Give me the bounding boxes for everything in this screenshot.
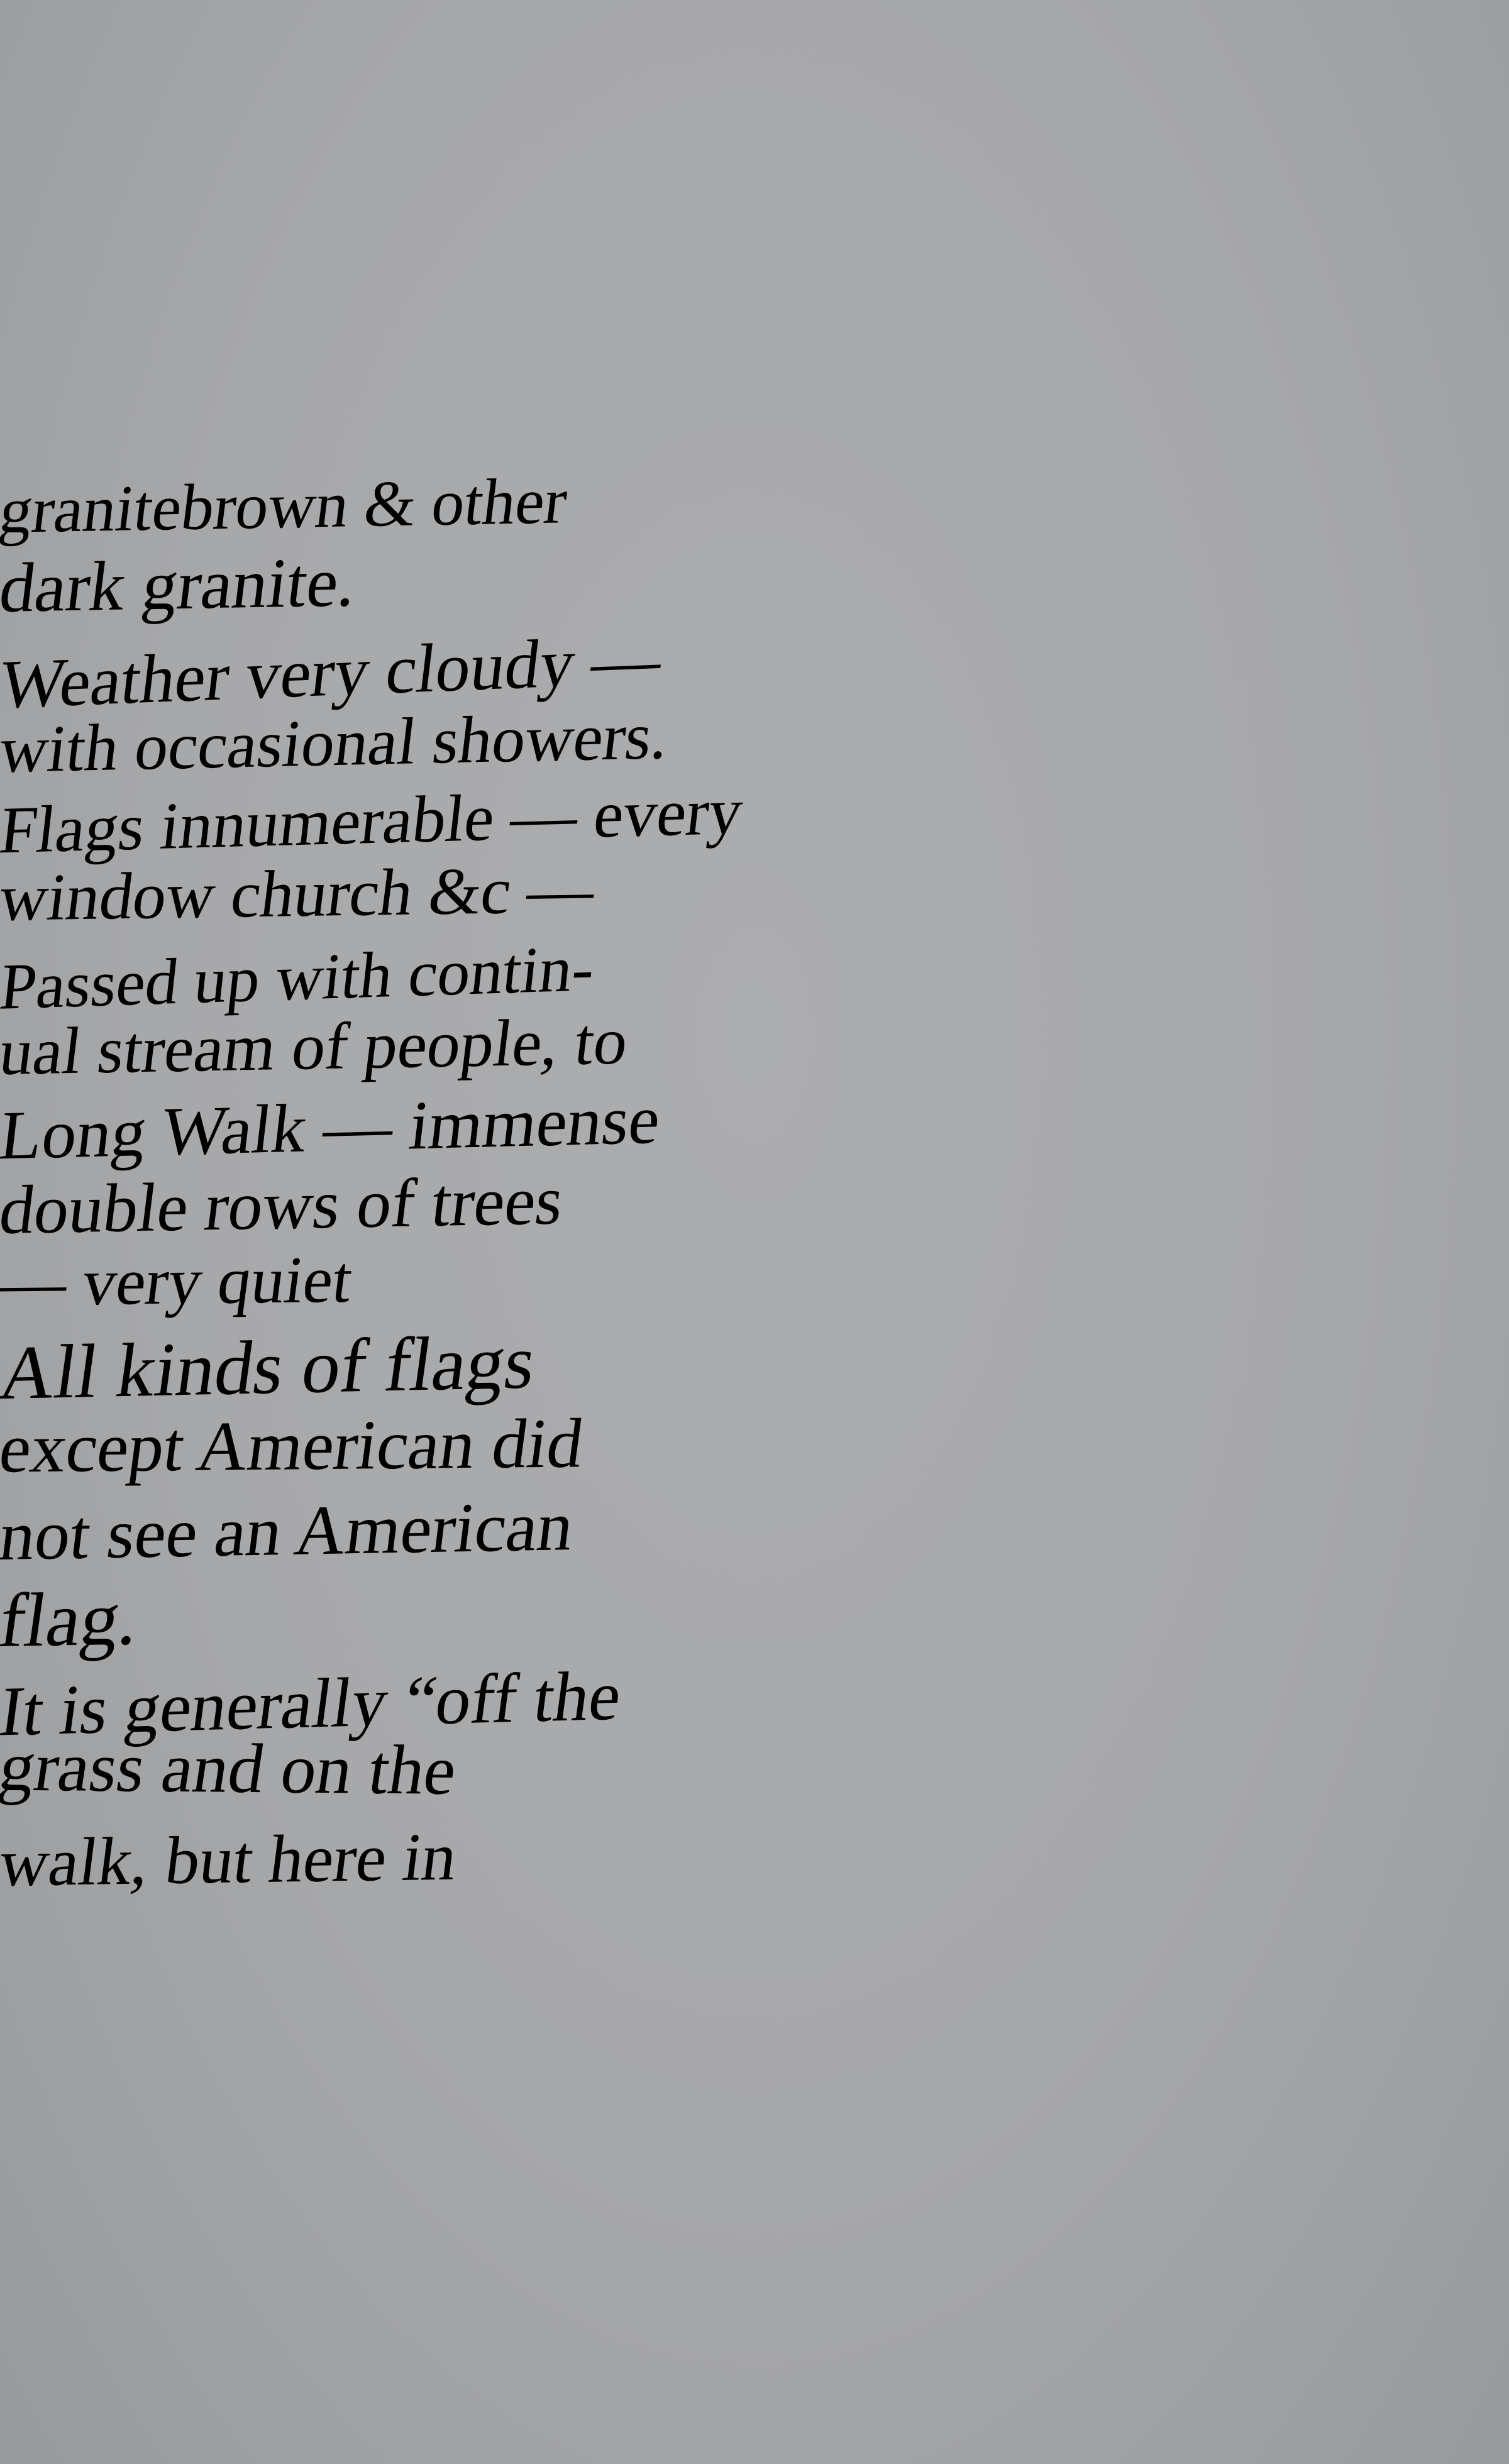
- handwritten-text: brown & other: [177, 465, 571, 544]
- notebook-page: [0, 0, 1509, 460]
- struck-word: granite: [0, 471, 186, 547]
- paper-stain: [0, 45, 163, 272]
- handwritten-line-18: walk, but here in: [0, 1803, 1509, 1903]
- paper-speck: [0, 40, 4, 45]
- paper-stain: [0, 272, 214, 460]
- photo-background: granitebrown & other dark granite. Weath…: [0, 0, 1509, 2464]
